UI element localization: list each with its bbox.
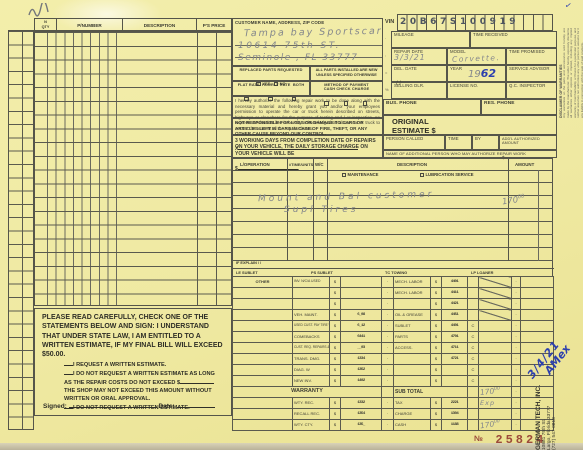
time-received-box: TIME RECEIVED (470, 31, 557, 48)
all-parts-text: ALL PARTS INSTALLED ARE NEW UNLESS SPECI… (311, 68, 382, 77)
additional-person-band: NAME OF ADDITIONAL PERSON WHO MAY AUTHOR… (383, 150, 557, 158)
vin-handwriting: 20B67S100919 (400, 17, 519, 27)
parts-qty-header: NQTY (35, 19, 57, 30)
customer-city-handwriting: Seminole , FL 33777 (238, 53, 359, 63)
row-mark-4: % (385, 88, 389, 92)
bus-phone-box: BUS. PHONE (383, 99, 481, 115)
method-label: METHOD OF PAYMENTCASH CHECK CHARGE (311, 82, 382, 92)
work-table: L/OPERATION #TIME/UNITS W/C DESCRIPTION … (232, 158, 553, 261)
maintenance-checkbox (342, 173, 346, 177)
ps-sublet-label: PS SUBLET (311, 270, 333, 275)
signature-line (69, 403, 157, 408)
fin-row: RECALL REC.$1354·CHARGE$1304· (233, 409, 554, 420)
date-line (177, 403, 215, 408)
parts-price-header: P'S PRICE (197, 19, 231, 30)
customer-header: CUSTOMER NAME, ADDRESS, ZIP CODE (233, 19, 382, 25)
date-label: Date: (158, 403, 174, 410)
fin-row: VEH. MAINT.$6_08·OIL & GREASE$4451· (233, 310, 554, 321)
description-header: DESCRIPTION (397, 162, 427, 167)
lp-loaner-label: LP LOANER (471, 270, 493, 275)
storage-box: 3 WORKING DAYS FROM COMPLETION DATE OF R… (232, 135, 383, 158)
license-box: LICENSE NO. (447, 82, 506, 99)
addl-amount-box: ADD'L AUTHORIZED AMOUNT$ (499, 135, 557, 150)
if-explain-label: IF EXPLAIN / / (233, 261, 552, 265)
repair-date-handwriting: 3/3/21 (394, 53, 426, 62)
notice-option-2: I DO NOT REQUEST A WRITTEN ESTIMATE AS L… (64, 370, 222, 403)
notice-box: PLEASE READ CAREFULLY, CHECK ONE OF THE … (34, 308, 232, 416)
blue-check-mark: ✓ (564, 0, 572, 10)
maintenance-option: MAINTENANCE (342, 172, 378, 177)
left-tally-strip (8, 30, 34, 430)
selling-dlr-box: SELLING DLR. (391, 82, 447, 99)
disclaimer-body: Any warranties on the parts and accessor… (563, 28, 583, 118)
original-label: ORIGINAL (392, 117, 556, 126)
tax-handwriting: Exp (479, 398, 512, 409)
fin-warranty-row: WARRANTYSUB TOTAL17000· (233, 387, 554, 398)
time-box: TIME (445, 135, 472, 150)
customer-street-handwriting: 10614 75th ST. (238, 41, 341, 51)
scanned-repair-order-form: { "glyphs": {"dollar":"$","c":"C","dot":… (0, 0, 583, 450)
signature-row: Signed: Date: (43, 403, 227, 410)
fin-row: OTHERINV. N/C/A USED$·MECH. LABOR$4401· (233, 277, 554, 288)
method-of-payment-box: METHOD OF PAYMENTCASH CHECK CHARGE (310, 81, 383, 96)
signed-label: Signed: (43, 403, 67, 410)
fin-row: COMEBACKS$6441·PARTS$4701C· (233, 332, 554, 343)
person-called-box: PERSON CALLED (383, 135, 445, 150)
original-estimate-box: ORIGINAL ESTIMATE $ (383, 115, 557, 135)
row-mark-3: = (385, 71, 387, 75)
subtotal-handwriting: 17000 (479, 387, 512, 398)
work-rows (232, 170, 553, 261)
fin-row: WTY. REC.$1332·TAX$2221Exp· (233, 398, 554, 409)
fin-row: $·MECH. LABOR$4411· (233, 288, 554, 299)
row-mark-1: · (385, 37, 386, 41)
model-handwriting: Corvette. (452, 53, 501, 64)
row-mark-2: : (385, 54, 386, 58)
year-handwriting: 1962 (468, 67, 496, 80)
basis-for-charges-box: FLAT RATE HOURLY RATE BOTH (232, 81, 310, 96)
operation-header: L/OPERATION (240, 162, 270, 167)
vin-label: VIN (385, 19, 394, 25)
fin-row: NEW INV.$1402·$C· (233, 376, 554, 387)
notice-option-1: I REQUEST A WRITTEN ESTIMATE. (64, 361, 222, 370)
parts-number-header: P/NUMBER (57, 19, 123, 30)
not-responsible-box: NOT RESPONSIBLE FOR LOSS OR DAMAGE TO CA… (232, 118, 383, 135)
fin-row: WTY. CTY.$135_·CASH$118817000· (233, 420, 554, 431)
fin-row: TRANS. DMG.$1334·$4721C· (233, 354, 554, 365)
grid-line (508, 158, 509, 261)
disclaimer-strip: DISCLAIMER OF WARRANTIES Any warranties … (559, 28, 579, 118)
company-name: GERMAN TECH, INC. (535, 326, 542, 450)
tc-towing-label: TC TOWING (385, 270, 407, 275)
del-date-box: DEL. DATE/ / (391, 65, 447, 82)
authorization-paragraph: I hereby authorize the following repair … (232, 96, 383, 118)
fin-row: CUST. REQ. REPAIRS & ADJUSTMENTS$__03·AC… (233, 343, 554, 354)
work-entry-line2: Supl Tires (284, 205, 358, 215)
parts-table-body (34, 31, 232, 306)
all-parts-box: ALL PARTS INSTALLED ARE NEW UNLESS SPECI… (310, 66, 383, 81)
wc-header: W/C (315, 162, 324, 167)
time-promised-box: TIME PROMISED (506, 48, 557, 65)
parts-table-header: NQTY P/NUMBER DESCRIPTION P'S PRICE (34, 18, 232, 31)
estimate-label: ESTIMATE $ (392, 126, 556, 135)
sublet-band: IF EXPLAIN / / LE SUBLET PS SUBLET TC TO… (232, 261, 553, 276)
mileage-box: MILEAGE (391, 31, 470, 48)
financial-grid: OTHERINV. N/C/A USED$·MECH. LABOR$4401· … (232, 276, 554, 431)
replaced-parts-label: REPLACED PARTS REQUESTED (233, 67, 309, 72)
amount-header: AMOUNT (515, 162, 534, 167)
lubrication-option: LUBRICATION SERVICE (420, 172, 474, 177)
time-units-header: #TIME/UNITS (289, 162, 313, 167)
le-sublet-label: LE SUBLET (236, 270, 258, 275)
by-box: BY (472, 135, 499, 150)
qc-inspector-box: Q.C. INSPECTOR (506, 82, 557, 99)
notice-title: PLEASE READ CAREFULLY, CHECK ONE OF THE … (42, 313, 225, 359)
replaced-parts-box: REPLACED PARTS REQUESTED YES NO (232, 66, 310, 81)
lubrication-checkbox (420, 173, 424, 177)
grid-line (538, 170, 539, 261)
storage-text: 3 WORKING DAYS FROM COMPLETION DATE OF R… (235, 138, 380, 158)
fin-row: DIAG. W$1352·$C· (233, 365, 554, 376)
fin-row: $·$4421· (233, 299, 554, 310)
res-phone-box: RES. PHONE (481, 99, 557, 115)
service-advisor-box: SERVICE ADVISOR (506, 65, 557, 82)
fin-row: USED CUST. PAY TIRE WARRANTY$6_12·SUBLET… (233, 321, 554, 332)
parts-description-header: DESCRIPTION (123, 19, 197, 30)
pencil-scribble-mark (27, 3, 51, 19)
cash-total-handwriting: 17000 (479, 420, 512, 431)
no-sign: № (474, 434, 483, 443)
